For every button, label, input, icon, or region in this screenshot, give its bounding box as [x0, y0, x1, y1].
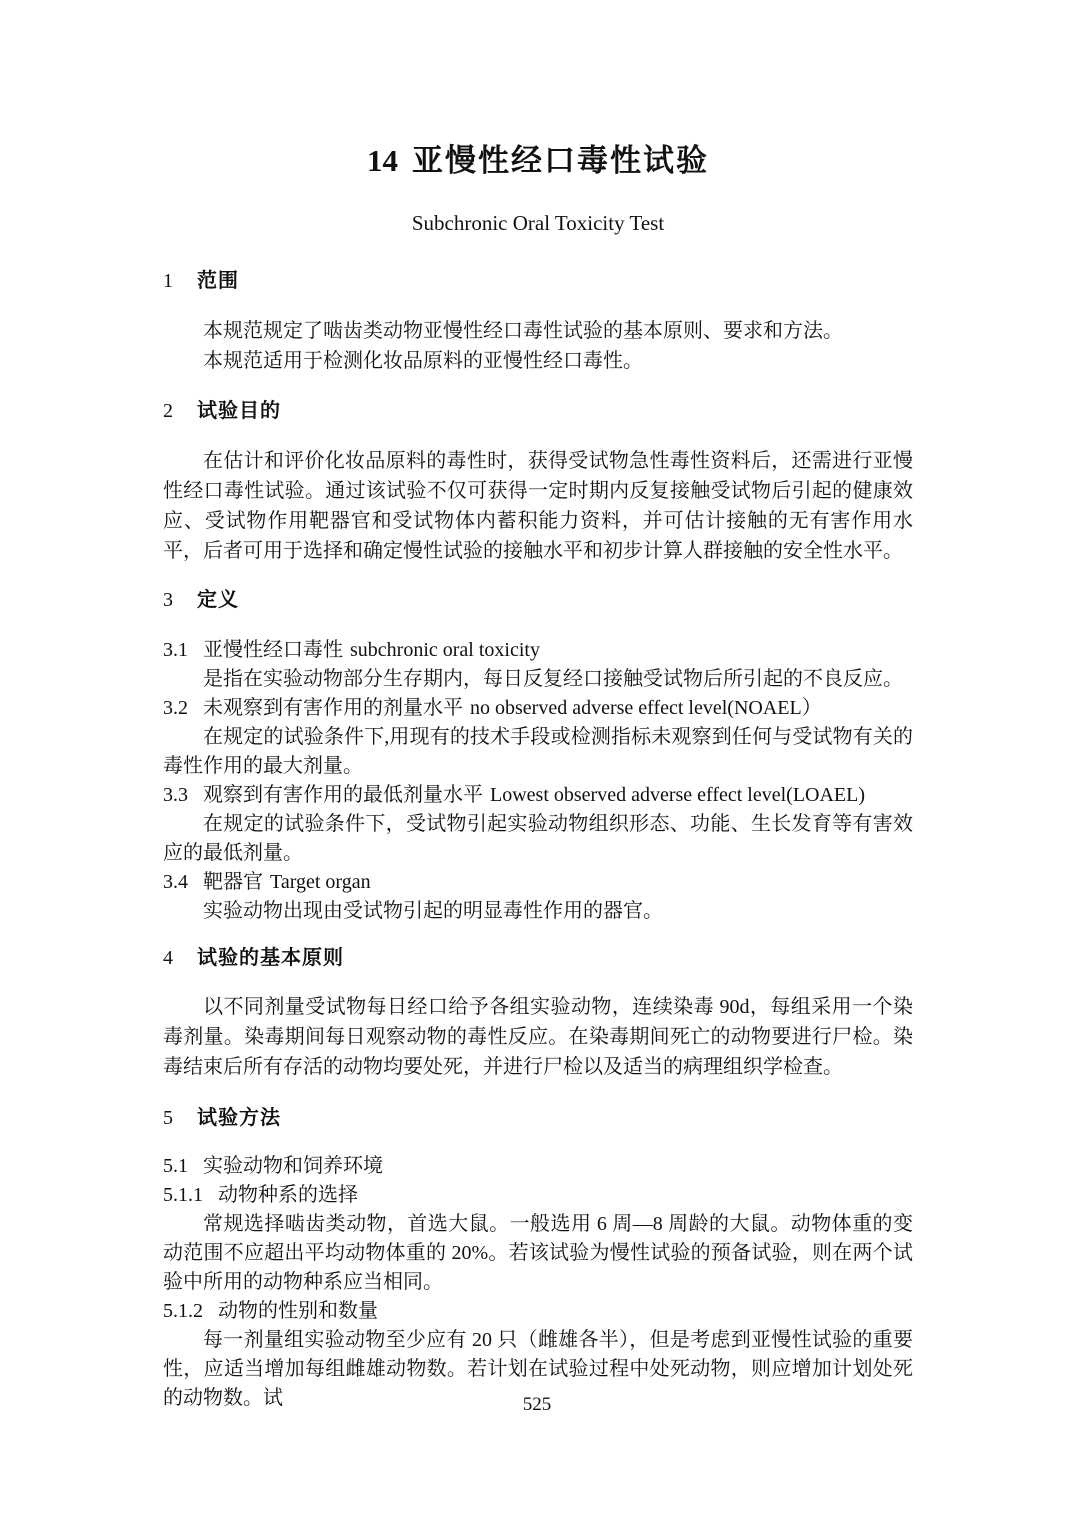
definition-term-zh: 靶器官: [203, 871, 263, 893]
section-2-body: 在估计和评价化妆品原料的毒性时，获得受试物急性毒性资料后，还需进行亚慢性经口毒性…: [163, 446, 913, 566]
paragraph: 本规范规定了啮齿类动物亚慢性经口毒性试验的基本原则、要求和方法。: [163, 316, 913, 346]
section-title: 定义: [197, 589, 239, 611]
subsection-title: 动物的性别和数量: [218, 1300, 378, 1322]
subsection-title: 实验动物和饲养环境: [203, 1155, 383, 1177]
definition-term: 3.2未观察到有害作用的剂量水平no observed adverse effe…: [163, 694, 913, 723]
subsection-number: 5.1.2: [163, 1300, 203, 1322]
definition-number: 3.2: [163, 697, 188, 719]
definition-number: 3.4: [163, 871, 188, 893]
section-heading-3: 3定义: [163, 585, 913, 615]
section-heading-2: 2试验目的: [163, 396, 913, 426]
document-content: 14亚慢性经口毒性试验 Subchronic Oral Toxicity Tes…: [0, 140, 1074, 1413]
subsection-heading: 5.1.2动物的性别和数量: [163, 1297, 913, 1326]
section-number: 2: [163, 400, 173, 422]
definition-number: 3.1: [163, 639, 188, 661]
section-title: 试验的基本原则: [197, 947, 344, 969]
definition-term-en: subchronic oral toxicity: [350, 639, 540, 661]
definition-number: 3.3: [163, 784, 188, 806]
definition-term: 3.3观察到有害作用的最低剂量水平Lowest observed adverse…: [163, 781, 913, 810]
definition-text: 是指在实验动物部分生存期内，每日反复经口接触受试物后所引起的不良反应。: [163, 665, 913, 694]
definition-term-zh: 亚慢性经口毒性: [203, 639, 343, 661]
paragraph: 常规选择啮齿类动物，首选大鼠。一般选用 6 周—8 周龄的大鼠。动物体重的变动范…: [163, 1210, 913, 1297]
doc-title-number: 14: [367, 143, 398, 178]
definition-term: 3.1亚慢性经口毒性subchronic oral toxicity: [163, 636, 913, 665]
document-page: 14亚慢性经口毒性试验 Subchronic Oral Toxicity Tes…: [0, 0, 1074, 1520]
definition-term: 3.4靶器官Target organ: [163, 868, 913, 897]
definitions-list: 3.1亚慢性经口毒性subchronic oral toxicity 是指在实验…: [163, 636, 913, 926]
section-number: 1: [163, 270, 173, 292]
definition-term-zh: 未观察到有害作用的剂量水平: [203, 697, 463, 719]
section-number: 3: [163, 589, 173, 611]
section-1-body: 本规范规定了啮齿类动物亚慢性经口毒性试验的基本原则、要求和方法。 本规范适用于检…: [163, 316, 913, 376]
section-title: 范围: [197, 270, 239, 292]
definition-term-en: Target organ: [270, 871, 371, 893]
paragraph: 以不同剂量受试物每日经口给予各组实验动物，连续染毒 90d，每组采用一个染毒剂量…: [163, 992, 913, 1082]
definition-text: 在规定的试验条件下，受试物引起实验动物组织形态、功能、生长发育等有害效应的最低剂…: [163, 810, 913, 868]
doc-title: 14亚慢性经口毒性试验: [163, 140, 913, 182]
subsection-heading: 5.1实验动物和饲养环境: [163, 1152, 913, 1181]
paragraph: 本规范适用于检测化妆品原料的亚慢性经口毒性。: [163, 346, 913, 376]
section-heading-5: 5试验方法: [163, 1103, 913, 1133]
section-number: 4: [163, 947, 173, 969]
subsection-number: 5.1: [163, 1155, 188, 1177]
section-number: 5: [163, 1107, 173, 1129]
section-title: 试验目的: [197, 400, 281, 422]
definition-text: 在规定的试验条件下,用现有的技术手段或检测指标未观察到任何与受试物有关的毒性作用…: [163, 723, 913, 781]
section-heading-4: 4试验的基本原则: [163, 943, 913, 973]
definition-term-en: Lowest observed adverse effect level(LOA…: [490, 784, 865, 806]
page-number: 525: [0, 1393, 1074, 1417]
section-5-body: 5.1实验动物和饲养环境 5.1.1动物种系的选择 常规选择啮齿类动物，首选大鼠…: [163, 1152, 913, 1413]
subsection-number: 5.1.1: [163, 1184, 203, 1206]
paragraph: 在估计和评价化妆品原料的毒性时，获得受试物急性毒性资料后，还需进行亚慢性经口毒性…: [163, 446, 913, 566]
doc-title-text: 亚慢性经口毒性试验: [412, 143, 709, 178]
section-heading-1: 1范围: [163, 266, 913, 296]
definition-term-zh: 观察到有害作用的最低剂量水平: [203, 784, 483, 806]
definition-text: 实验动物出现由受试物引起的明显毒性作用的器官。: [163, 897, 913, 926]
subsection-heading: 5.1.1动物种系的选择: [163, 1181, 913, 1210]
subsection-title: 动物种系的选择: [218, 1184, 358, 1206]
section-title: 试验方法: [197, 1107, 281, 1129]
definition-term-en: no observed adverse effect level(NOAEL）: [470, 697, 822, 719]
section-4-body: 以不同剂量受试物每日经口给予各组实验动物，连续染毒 90d，每组采用一个染毒剂量…: [163, 992, 913, 1082]
doc-subtitle: Subchronic Oral Toxicity Test: [163, 208, 913, 238]
